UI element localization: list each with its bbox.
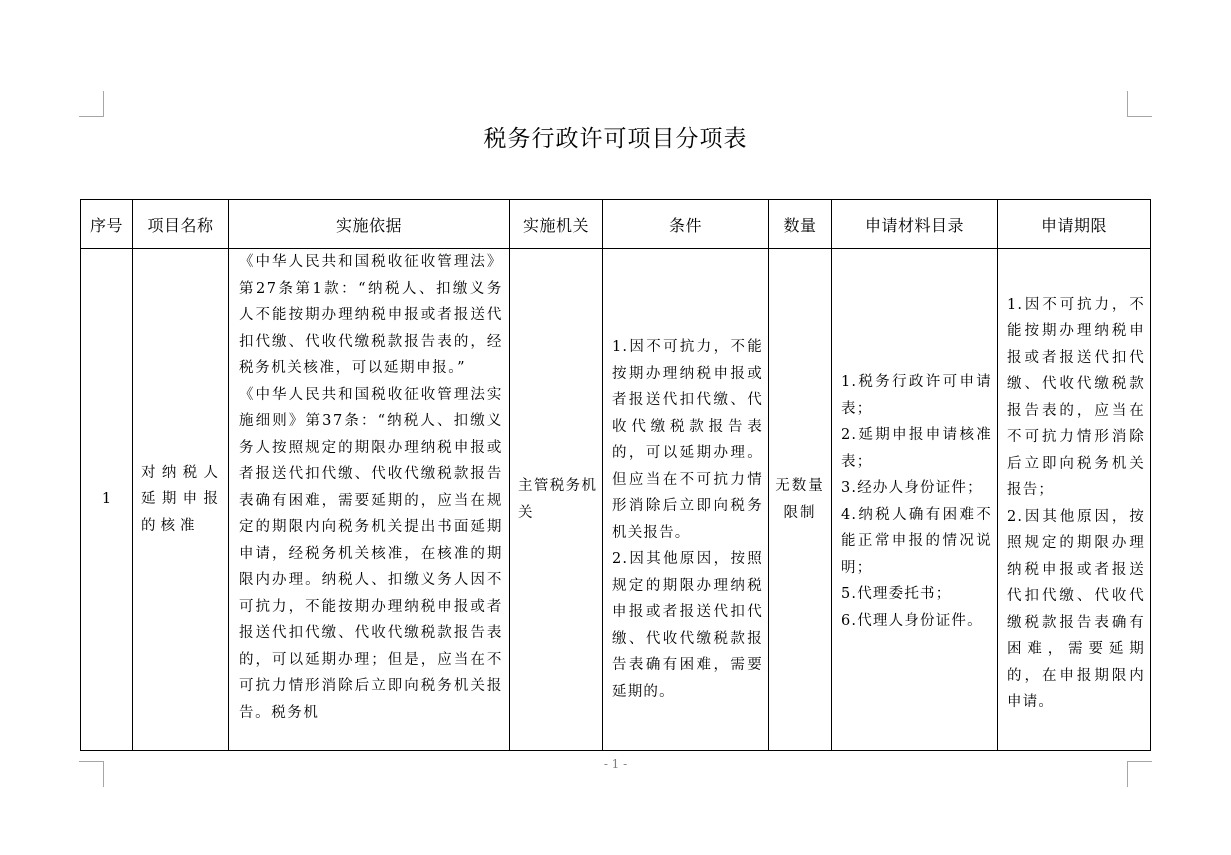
condition-item: 2.因其他原因，按照规定的期限办理纳税申报或者报送代扣代缴、代收代缴税款报告表确… xyxy=(612,546,763,705)
header-deadline: 申请期限 xyxy=(998,200,1151,249)
material-item: 3.经办人身份证件； xyxy=(841,475,992,502)
cell-deadline: 1.因不可抗力，不能按期办理纳税申报或者报送代扣代缴、代收代缴税款报告表的，应当… xyxy=(998,249,1151,751)
header-authority: 实施机关 xyxy=(510,200,603,249)
item-name: 对纳税人延期申报的核准 xyxy=(133,460,228,540)
materials-list: 1.税务行政许可申请表； 2.延期申报申请核准表； 3.经办人身份证件； 4.纳… xyxy=(832,365,997,634)
legal-basis-text: 《中华人民共和国税收征收管理法》第27条第1款：“纳税人、扣缴义务人不能按期办理… xyxy=(229,249,509,750)
cell-materials: 1.税务行政许可申请表； 2.延期申报申请核准表； 3.经办人身份证件； 4.纳… xyxy=(832,249,998,751)
document-title: 税务行政许可项目分项表 xyxy=(0,122,1231,156)
deadline-text: 1.因不可抗力，不能按期办理纳税申报或者报送代扣代缴、代收代缴税款报告表的，应当… xyxy=(998,284,1150,716)
document-page: 税务行政许可项目分项表 序号 项目名称 实施依据 实施机关 条件 数量 申请材料… xyxy=(0,0,1231,855)
header-seq: 序号 xyxy=(81,200,133,249)
permit-items-table: 序号 项目名称 实施依据 实施机关 条件 数量 申请材料目录 申请期限 1 对纳… xyxy=(80,199,1151,751)
page-number: - 1 - xyxy=(0,757,1231,771)
cell-seq: 1 xyxy=(81,249,133,751)
authority-text: 主管税务机关 xyxy=(510,473,602,526)
cell-authority: 主管税务机关 xyxy=(510,249,603,751)
deadline-item: 1.因不可抗力，不能按期办理纳税申报或者报送代扣代缴、代收代缴税款报告表的，应当… xyxy=(1007,292,1145,504)
quantity-text: 无数量限制 xyxy=(769,473,831,526)
crop-mark-top-right xyxy=(1127,91,1152,117)
material-item: 4.纳税人确有困难不能正常申报的情况说明； xyxy=(841,502,992,582)
header-conditions: 条件 xyxy=(603,200,769,249)
cell-quantity: 无数量限制 xyxy=(769,249,832,751)
deadline-item: 2.因其他原因，按照规定的期限办理纳税申报或者报送代扣代缴、代收代缴税款报告表确… xyxy=(1007,504,1145,716)
header-materials: 申请材料目录 xyxy=(832,200,998,249)
condition-item: 1.因不可抗力，不能按期办理纳税申报或者报送代扣代缴、代收代缴税款报告表的，可以… xyxy=(612,334,763,546)
cell-conditions: 1.因不可抗力，不能按期办理纳税申报或者报送代扣代缴、代收代缴税款报告表的，可以… xyxy=(603,249,769,751)
material-item: 2.延期申报申请核准表； xyxy=(841,422,992,475)
cell-legal-basis: 《中华人民共和国税收征收管理法》第27条第1款：“纳税人、扣缴义务人不能按期办理… xyxy=(229,249,510,751)
legal-basis-paragraph: 《中华人民共和国税收征收管理法实施细则》第37条：“纳税人、扣缴义务人按照规定的… xyxy=(239,382,503,727)
header-item-name: 项目名称 xyxy=(133,200,229,249)
cell-item-name: 对纳税人延期申报的核准 xyxy=(133,249,229,751)
material-item: 6.代理人身份证件。 xyxy=(841,608,992,635)
legal-basis-paragraph: 《中华人民共和国税收征收管理法》第27条第1款：“纳税人、扣缴义务人不能按期办理… xyxy=(239,249,503,382)
material-item: 5.代理委托书； xyxy=(841,581,992,608)
header-quantity: 数量 xyxy=(769,200,832,249)
table-row: 1 对纳税人延期申报的核准 《中华人民共和国税收征收管理法》第27条第1款：“纳… xyxy=(81,249,1151,751)
crop-mark-top-left xyxy=(79,91,104,117)
header-legal-basis: 实施依据 xyxy=(229,200,510,249)
material-item: 1.税务行政许可申请表； xyxy=(841,369,992,422)
conditions-text: 1.因不可抗力，不能按期办理纳税申报或者报送代扣代缴、代收代缴税款报告表的，可以… xyxy=(603,294,768,705)
seq-value: 1 xyxy=(102,491,111,507)
table-header-row: 序号 项目名称 实施依据 实施机关 条件 数量 申请材料目录 申请期限 xyxy=(81,200,1151,249)
